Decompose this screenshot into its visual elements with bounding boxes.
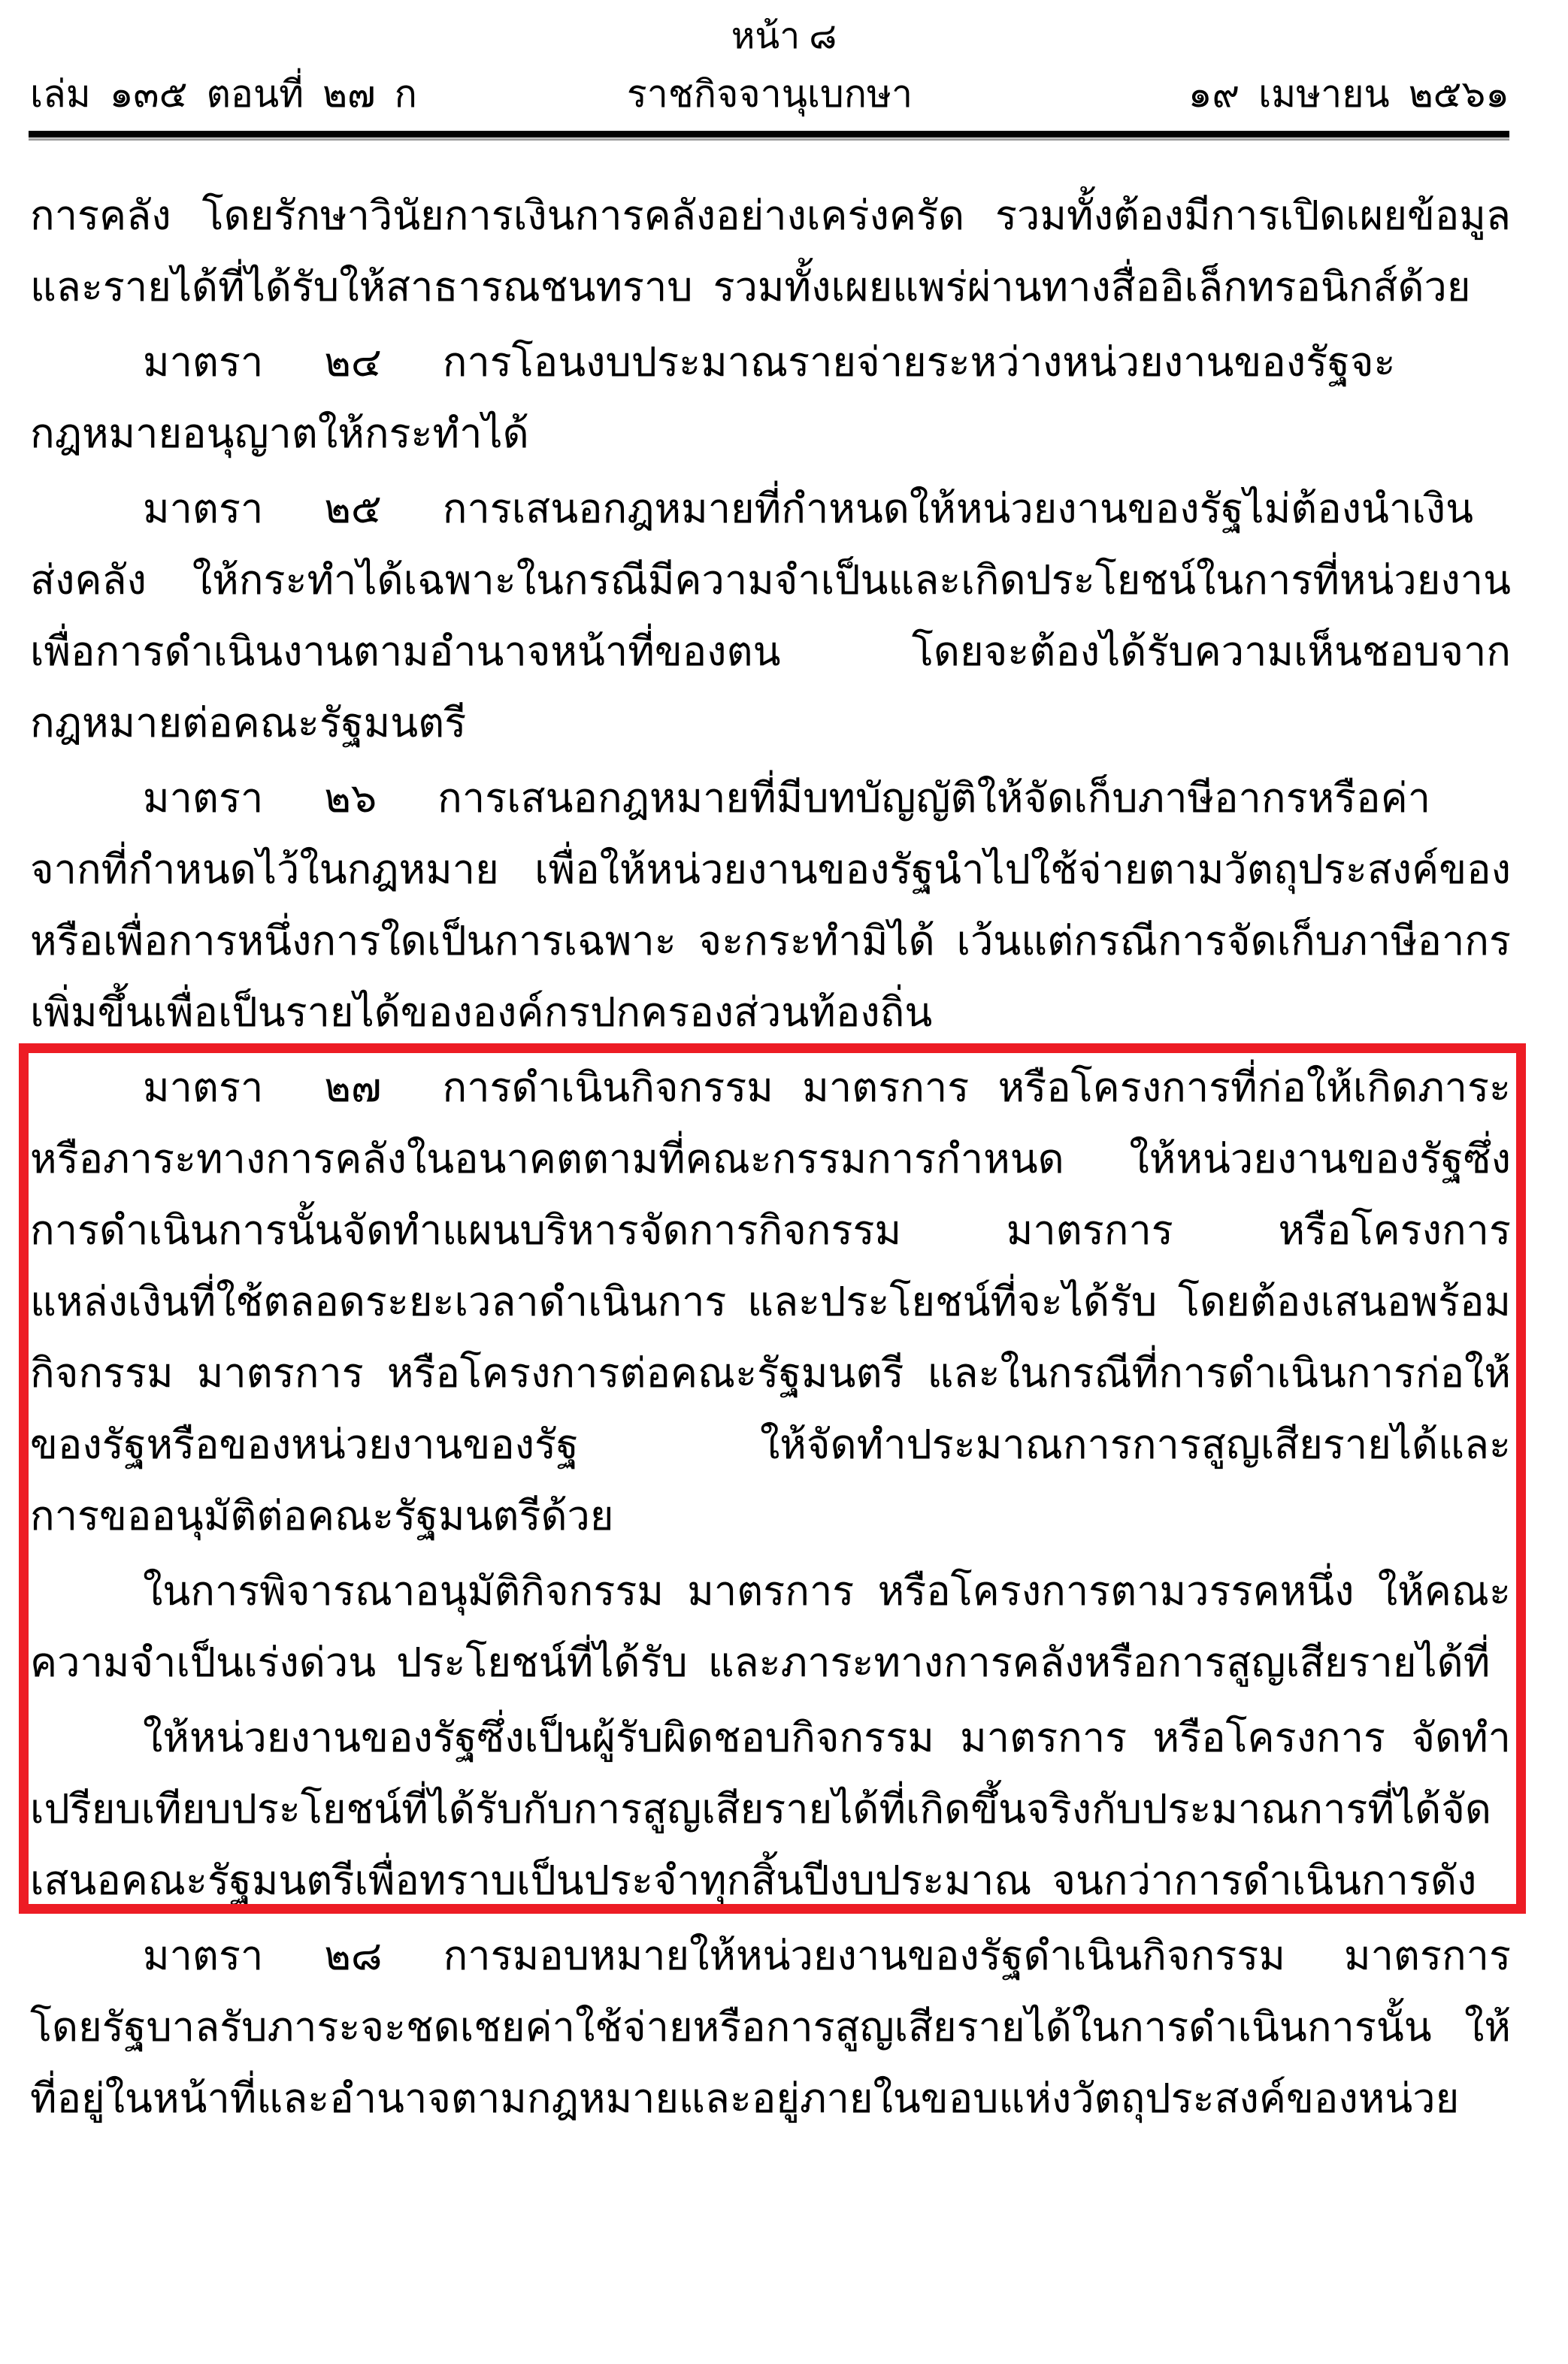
text-line: กฎหมายต่อคณะรัฐมนตรี bbox=[30, 688, 1511, 759]
text-line: กฎหมายอนุญาตให้กระทำได้ bbox=[30, 398, 1511, 470]
text-line: เสนอคณะรัฐมนตรีเพื่อทราบเป็นประจำทุกสิ้น… bbox=[30, 1845, 1511, 1917]
header-rule bbox=[29, 131, 1509, 141]
paragraph: ในการพิจารณาอนุมัติกิจกรรม มาตรการ หรือโ… bbox=[30, 1556, 1511, 1699]
text-line: การดำเนินการนั้นจัดทำแผนบริหารจัดการกิจก… bbox=[30, 1195, 1511, 1267]
text-line: มาตรา ๒๖ การเสนอกฎหมายที่มีบทบัญญัติให้จ… bbox=[30, 763, 1511, 834]
header-rule-shadow bbox=[29, 138, 1509, 141]
text-line: และรายได้ที่ได้รับให้สาธารณชนทราบ รวมทั้… bbox=[30, 252, 1511, 323]
text-line: หรือเพื่อการหนึ่งการใดเป็นการเฉพาะ จะกระ… bbox=[30, 906, 1511, 977]
text-line: ส่งคลัง ให้กระทำได้เฉพาะในกรณีมีความจำเป… bbox=[30, 545, 1511, 616]
page-header: เล่ม ๑๓๕ ตอนที่ ๒๗ ก ราชกิจจานุเบกษา ๑๙ … bbox=[30, 65, 1509, 123]
text-line: แหล่งเงินที่ใช้ตลอดระยะเวลาดำเนินการ และ… bbox=[30, 1267, 1511, 1338]
text-line: เพิ่มขึ้นเพื่อเป็นรายได้ขององค์กรปกครองส… bbox=[30, 977, 1511, 1049]
text-line: เพื่อการดำเนินงานตามอำนาจหน้าที่ของตน โด… bbox=[30, 616, 1511, 688]
header-rule-main bbox=[29, 131, 1509, 138]
text-line: เปรียบเทียบประโยชน์ที่ได้รับกับการสูญเสี… bbox=[30, 1774, 1511, 1845]
text-line: ของรัฐหรือของหน่วยงานของรัฐ ให้จัดทำประม… bbox=[30, 1409, 1511, 1481]
paragraph: ให้หน่วยงานของรัฐซึ่งเป็นผู้รับผิดชอบกิจ… bbox=[30, 1703, 1511, 1917]
text-line: การคลัง โดยรักษาวินัยการเงินการคลังอย่าง… bbox=[30, 180, 1511, 252]
page-number: หน้า ๘ bbox=[0, 11, 1568, 63]
paragraph: มาตรา ๒๕ การเสนอกฎหมายที่กำหนดให้หน่วยงา… bbox=[30, 474, 1511, 759]
paragraph: มาตรา ๒๗ การดำเนินกิจกรรม มาตรการ หรือโค… bbox=[30, 1052, 1511, 1552]
text-line: มาตรา ๒๕ การเสนอกฎหมายที่กำหนดให้หน่วยงา… bbox=[30, 474, 1511, 545]
text-line: กิจกรรม มาตรการ หรือโครงการต่อคณะรัฐมนตร… bbox=[30, 1338, 1511, 1409]
text-line: มาตรา ๒๔ การโอนงบประมาณรายจ่ายระหว่างหน่… bbox=[30, 327, 1511, 398]
document-body: การคลัง โดยรักษาวินัยการเงินการคลังอย่าง… bbox=[30, 180, 1511, 2135]
text-line: ให้หน่วยงานของรัฐซึ่งเป็นผู้รับผิดชอบกิจ… bbox=[30, 1703, 1511, 1774]
text-line: ที่อยู่ในหน้าที่และอำนาจตามกฎหมายและอยู่… bbox=[30, 2063, 1511, 2135]
paragraph: การคลัง โดยรักษาวินัยการเงินการคลังอย่าง… bbox=[30, 180, 1511, 323]
text-line: ในการพิจารณาอนุมัติกิจกรรม มาตรการ หรือโ… bbox=[30, 1556, 1511, 1627]
text-line: ความจำเป็นเร่งด่วน ประโยชน์ที่ได้รับ และ… bbox=[30, 1627, 1511, 1699]
paragraph: มาตรา ๒๘ การมอบหมายให้หน่วยงานของรัฐดำเน… bbox=[30, 1921, 1511, 2135]
text-line: มาตรา ๒๘ การมอบหมายให้หน่วยงานของรัฐดำเน… bbox=[30, 1921, 1511, 1992]
text-line: จากที่กำหนดไว้ในกฎหมาย เพื่อให้หน่วยงานข… bbox=[30, 834, 1511, 906]
text-line: มาตรา ๒๗ การดำเนินกิจกรรม มาตรการ หรือโค… bbox=[30, 1052, 1511, 1124]
text-line: โดยรัฐบาลรับภาระจะชดเชยค่าใช้จ่ายหรือการ… bbox=[30, 1992, 1511, 2063]
text-line: การขออนุมัติต่อคณะรัฐมนตรีด้วย bbox=[30, 1481, 1511, 1552]
paragraph: มาตรา ๒๖ การเสนอกฎหมายที่มีบทบัญญัติให้จ… bbox=[30, 763, 1511, 1049]
gazette-page: หน้า ๘ เล่ม ๑๓๕ ตอนที่ ๒๗ ก ราชกิจจานุเบ… bbox=[0, 0, 1568, 2364]
publication-date: ๑๙ เมษายน ๒๕๖๑ bbox=[1188, 65, 1509, 123]
paragraph: มาตรา ๒๔ การโอนงบประมาณรายจ่ายระหว่างหน่… bbox=[30, 327, 1511, 470]
text-line: หรือภาระทางการคลังในอนาคตตามที่คณะกรรมกา… bbox=[30, 1124, 1511, 1195]
